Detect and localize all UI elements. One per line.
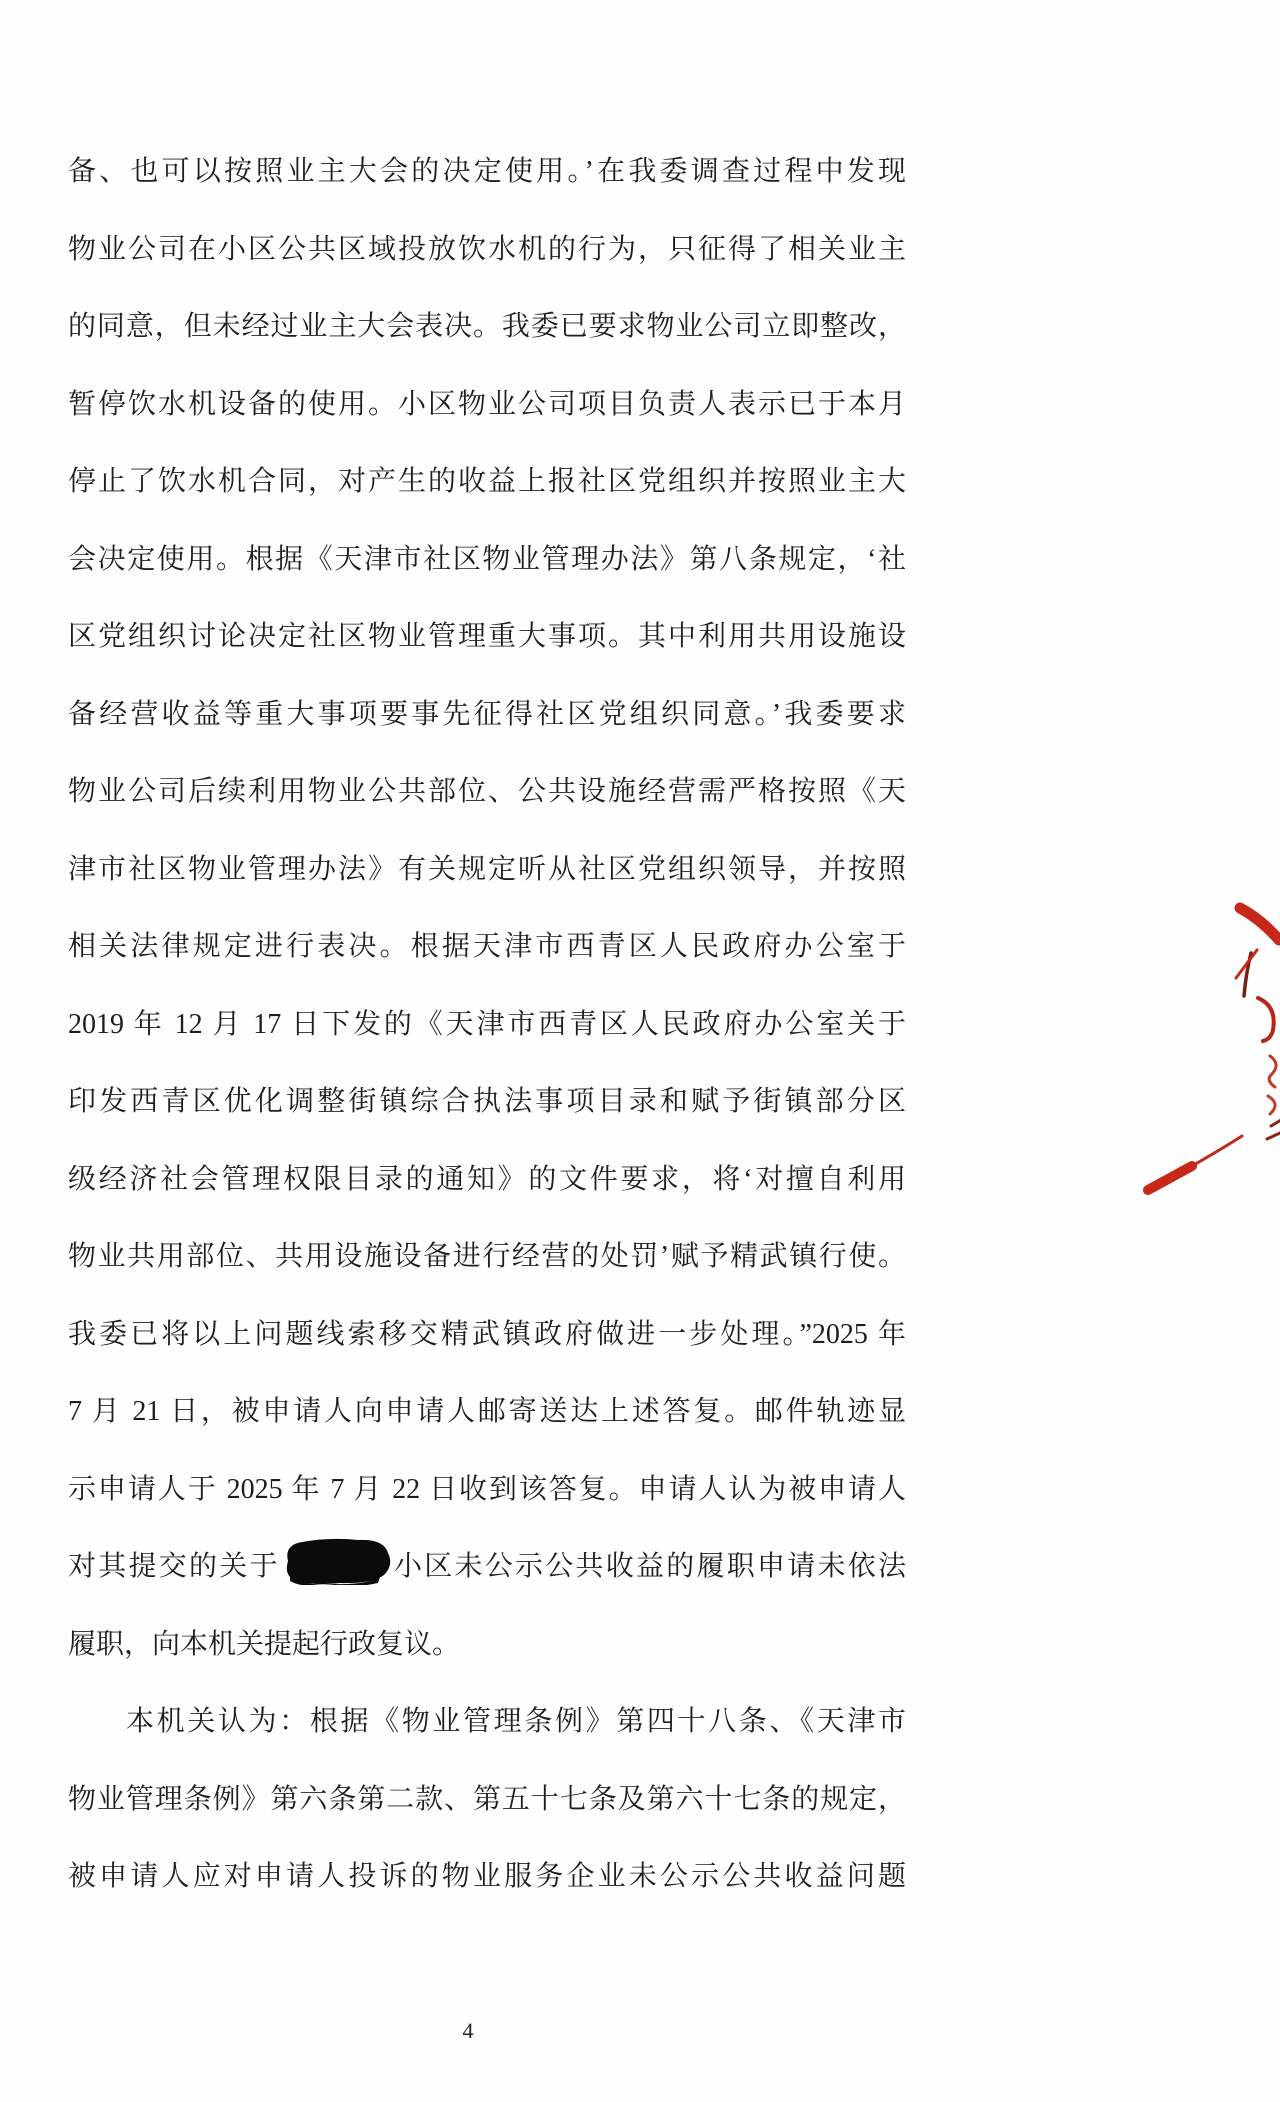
document-line: 物业管理条例》第六条第二款、第五十七条及第六十七条的规定， xyxy=(68,1761,906,1839)
document-line: 级经济社会管理权限目录的通知》的文件要求，将‘对擅自利用 xyxy=(68,1141,906,1219)
document-line: 暂停饮水机设备的使用。小区物业公司项目负责人表示已于本月 xyxy=(68,366,906,444)
document-line: 区党组织讨论决定社区物业管理重大事项。其中利用共用设施设 xyxy=(68,598,906,676)
document-line: 印发西青区优化调整街镇综合执法事项目录和赋予街镇部分区 xyxy=(68,1063,906,1141)
document-line: 本机关认为：根据《物业管理条例》第四十八条、《天津市 xyxy=(68,1683,906,1761)
document-line: 备经营收益等重大事项要事先征得社区党组织同意。’我委要求 xyxy=(68,676,906,754)
document-line: 物业共用部位、共用设施设备进行经营的处罚’赋予精武镇行使。 xyxy=(68,1218,906,1296)
document-line: 示申请人于 2025 年 7 月 22 日收到该答复。申请人认为被申请人 xyxy=(68,1451,906,1529)
document-line: 备、也可以按照业主大会的决定使用。’在我委调查过程中发现 xyxy=(68,133,906,211)
document-line: 7 月 21 日，被申请人向申请人邮寄送达上述答复。邮件轨迹显 xyxy=(68,1373,906,1451)
page-number: 4 xyxy=(68,2016,868,2046)
document-line: 的同意，但未经过业主大会表决。我委已要求物业公司立即整改， xyxy=(68,288,906,366)
document-line: 被申请人应对申请人投诉的物业服务企业未公示公共收益问题 xyxy=(68,1838,906,1916)
document-line: 津市社区物业管理办法》有关规定听从社区党组织领导，并按照 xyxy=(68,831,906,909)
document-line: 相关法律规定进行表决。根据天津市西青区人民政府办公室于 xyxy=(68,908,906,986)
redacted-line-suffix: 小区未公示公共收益的履职申请未依法 xyxy=(392,1551,906,1582)
document-line: 履职，向本机关提起行政复议。 xyxy=(68,1606,906,1684)
document-line: 2019 年 12 月 17 日下发的《天津市西青区人民政府办公室关于 xyxy=(68,986,906,1064)
redaction-blob xyxy=(280,1537,392,1585)
document-line: 会决定使用。根据《天津市社区物业管理办法》第八条规定，‘社 xyxy=(68,521,906,599)
document-page: 备、也可以按照业主大会的决定使用。’在我委调查过程中发现 物业公司在小区公共区域… xyxy=(0,0,1280,2102)
document-line: 我委已将以上问题线索移交精武镇政府做进一步处理。”2025 年 xyxy=(68,1296,906,1374)
document-line: 物业公司在小区公共区域投放饮水机的行为，只征得了相关业主 xyxy=(68,211,906,289)
red-pen-annotation-icon xyxy=(1140,898,1280,1208)
document-text: 备、也可以按照业主大会的决定使用。’在我委调查过程中发现 物业公司在小区公共区域… xyxy=(68,133,906,1916)
redacted-line-prefix: 对其提交的关于 xyxy=(68,1551,280,1582)
document-line-redacted: 对其提交的关于小区未公示公共收益的履职申请未依法 xyxy=(68,1528,906,1606)
document-line: 物业公司后续利用物业公共部位、公共设施经营需严格按照《天 xyxy=(68,753,906,831)
document-line: 停止了饮水机合同，对产生的收益上报社区党组织并按照业主大 xyxy=(68,443,906,521)
